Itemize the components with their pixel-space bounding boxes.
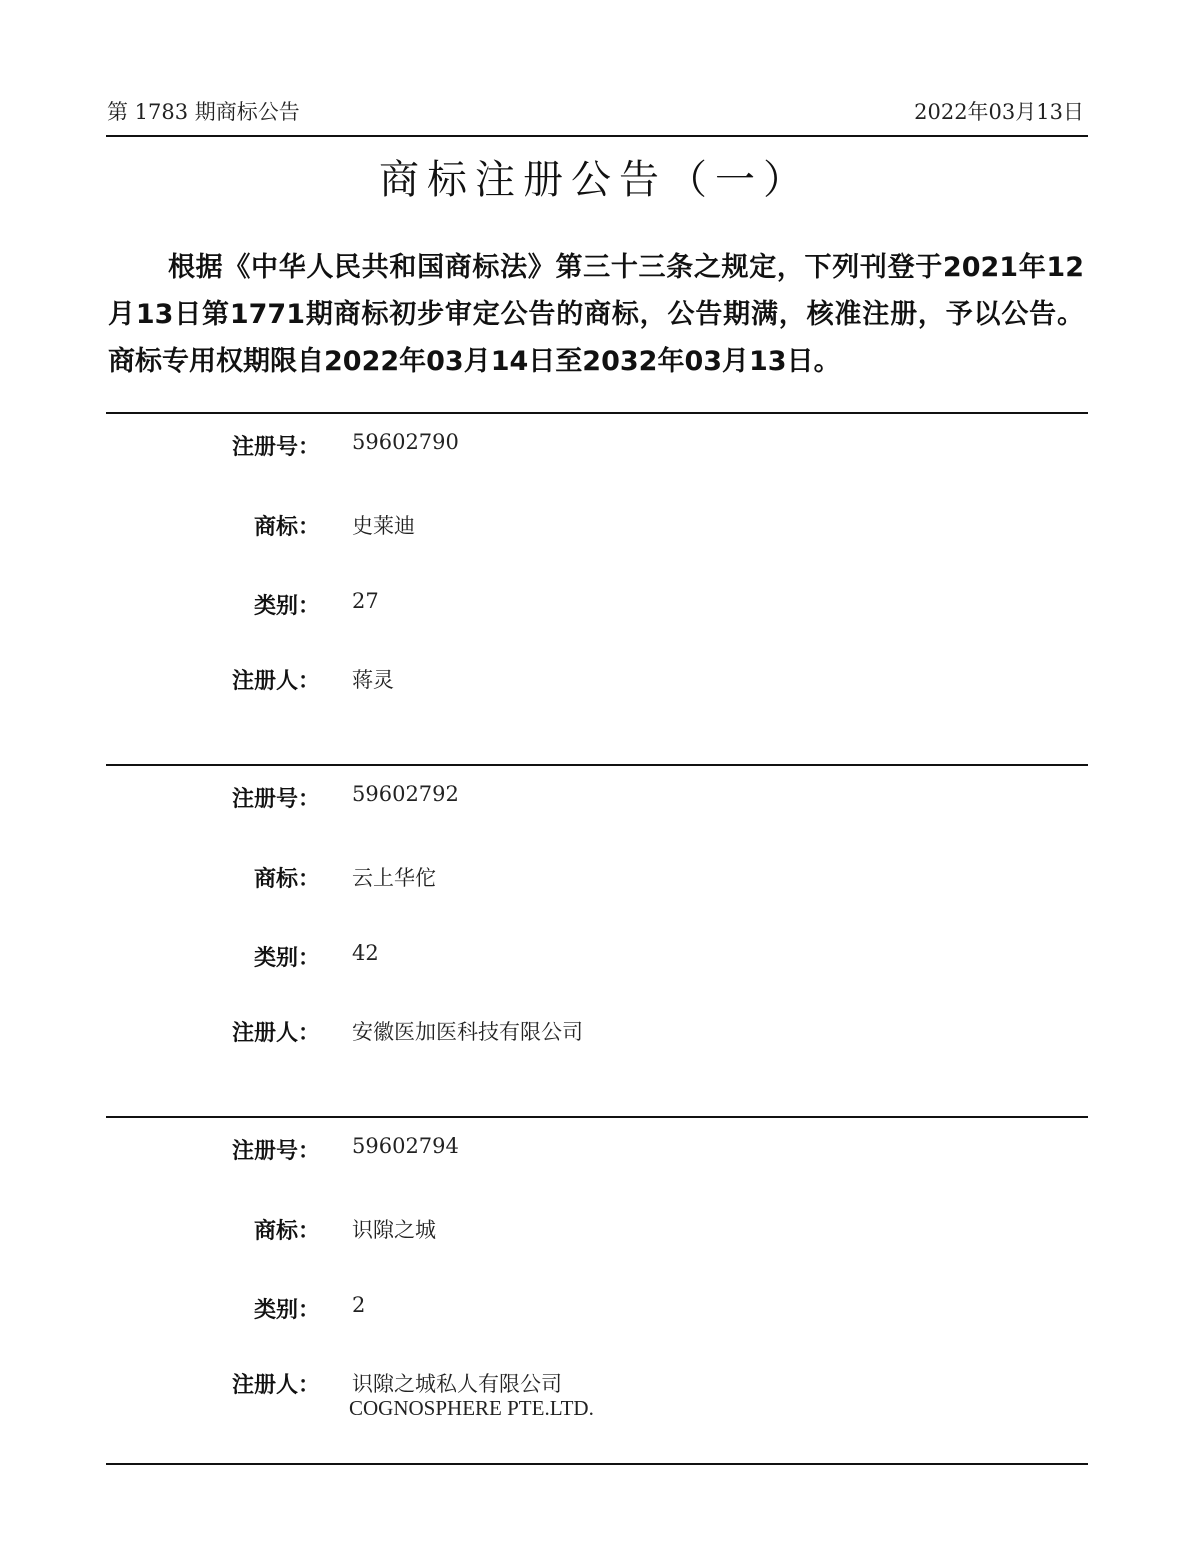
registrant-value: 识隙之城私人有限公司 (352, 1368, 562, 1398)
registrant-value: 安徽医加医科技有限公司 (352, 1016, 583, 1046)
registrant-row: 注册人： 识隙之城私人有限公司 COGNOSPHERE PTE.LTD. (0, 1368, 1190, 1398)
class-row: 类别： 27 (0, 589, 1190, 619)
registrant-label: 注册人： (232, 1368, 320, 1399)
intro-paragraph: 根据《中华人民共和国商标法》第三十三条之规定，下列刊登于2021年12月13日第… (108, 244, 1084, 385)
reg-no-value: 59602790 (352, 430, 459, 454)
registrant-label: 注册人： (232, 664, 320, 695)
class-value: 2 (352, 1293, 365, 1317)
reg-no-row: 注册号： 59602794 (0, 1134, 1190, 1164)
registrant-value: 蒋灵 (352, 664, 394, 694)
registrant-row: 注册人： 蒋灵 (0, 664, 1190, 694)
reg-no-row: 注册号： 59602790 (0, 430, 1190, 460)
header-divider (106, 135, 1088, 137)
mark-label: 商标： (254, 862, 320, 893)
mark-label: 商标： (254, 510, 320, 541)
reg-no-label: 注册号： (232, 1134, 320, 1165)
class-value: 27 (352, 589, 379, 613)
page-title: 商标注册公告（一） (0, 148, 1190, 205)
class-label: 类别： (254, 589, 320, 620)
reg-no-row: 注册号： 59602792 (0, 782, 1190, 812)
reg-no-label: 注册号： (232, 430, 320, 461)
class-value: 42 (352, 941, 379, 965)
mark-value: 史莱迪 (352, 510, 415, 540)
registrant-row: 注册人： 安徽医加医科技有限公司 (0, 1016, 1190, 1046)
entry-divider (106, 764, 1088, 766)
reg-no-label: 注册号： (232, 782, 320, 813)
mark-row: 商标： 识隙之城 (0, 1214, 1190, 1244)
class-label: 类别： (254, 941, 320, 972)
issue-date: 2022年03月13日 (914, 96, 1084, 126)
entry-divider (106, 412, 1088, 414)
registrant-english-value: COGNOSPHERE PTE.LTD. (349, 1396, 594, 1421)
class-row: 类别： 2 (0, 1293, 1190, 1323)
reg-no-value: 59602794 (352, 1134, 459, 1158)
footer-divider (106, 1463, 1088, 1465)
mark-value: 识隙之城 (352, 1214, 436, 1244)
registrant-label: 注册人： (232, 1016, 320, 1047)
mark-row: 商标： 云上华佗 (0, 862, 1190, 892)
issue-number: 第 1783 期商标公告 (107, 96, 300, 126)
mark-label: 商标： (254, 1214, 320, 1245)
mark-value: 云上华佗 (352, 862, 436, 892)
class-row: 类别： 42 (0, 941, 1190, 971)
class-label: 类别： (254, 1293, 320, 1324)
mark-row: 商标： 史莱迪 (0, 510, 1190, 540)
entry-divider (106, 1116, 1088, 1118)
reg-no-value: 59602792 (352, 782, 459, 806)
